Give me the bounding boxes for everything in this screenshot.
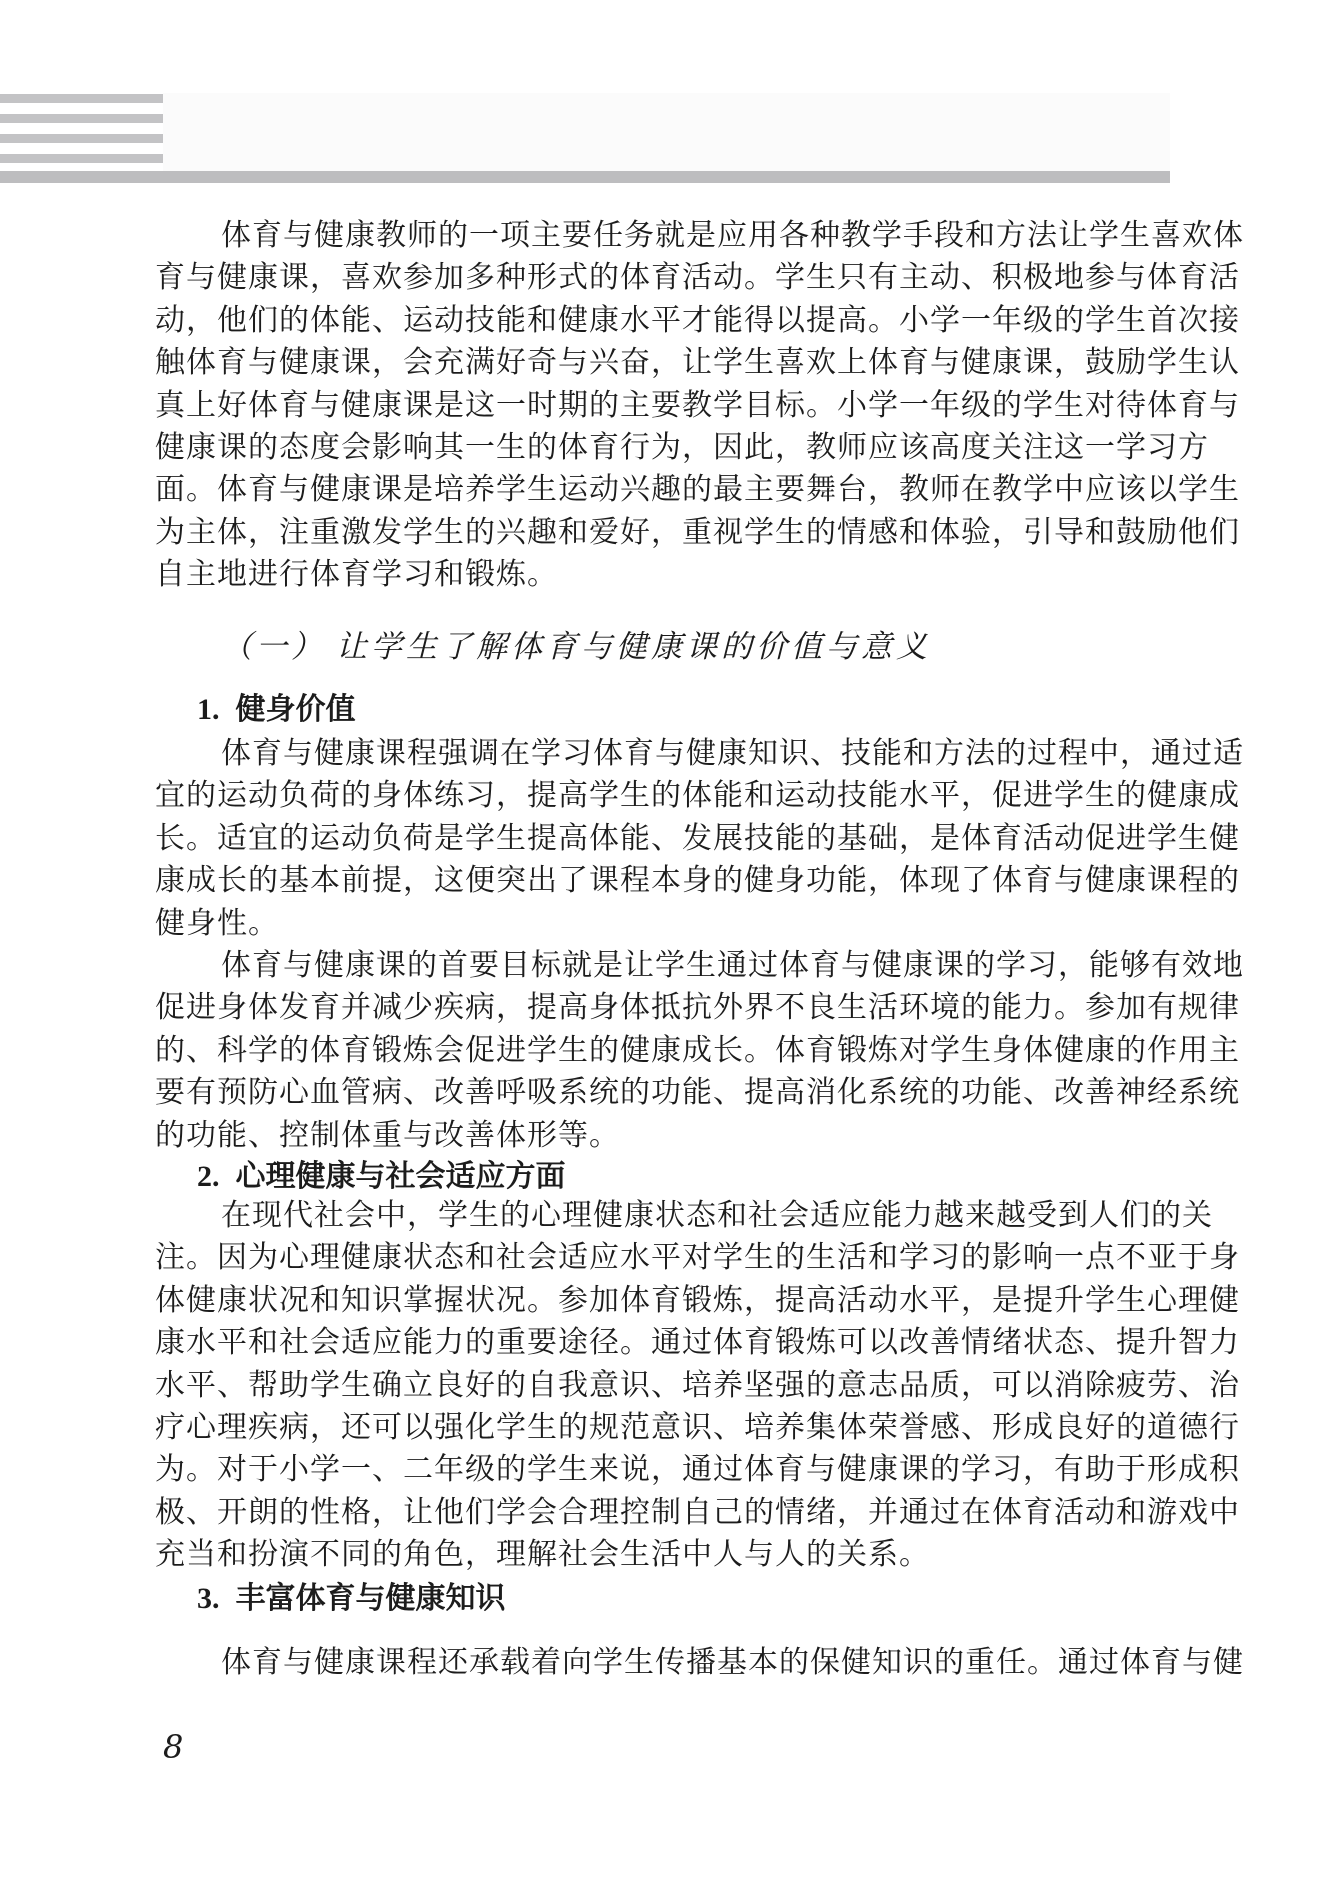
header-deco-band [0,171,1170,183]
paragraph-line: 疗心理疾病，还可以强化学生的规范意识、培养集体荣誉感、形成良好的道德行 [155,1407,1185,1449]
paragraph-line: 体育与健康课的首要目标就是让学生通过体育与健康课的学习，能够有效地 [155,945,1185,987]
paragraph-line: 的、科学的体育锻炼会促进学生的健康成长。体育锻炼对学生身体健康的作用主 [155,1030,1185,1072]
paragraph-line: 体育与健康课程强调在学习体育与健康知识、技能和方法的过程中，通过适 [155,733,1185,775]
paragraph-line: 宜的运动负荷的身体练习，提高学生的体能和运动技能水平，促进学生的健康成 [155,775,1185,817]
subheading-1-title: 健身价值 [236,693,356,726]
sub3-paragraph: 体育与健康课程还承载着向学生传播基本的保健知识的重任。通过体育与健 [155,1642,1185,1684]
paragraph-line: 为。对于小学一、二年级的学生来说，通过体育与健康课的学习，有助于形成积 [155,1449,1185,1491]
section-heading: （一）让学生了解体育与健康课的价值与意义 [155,624,1185,670]
subheading-3-number: 3. [197,1582,220,1615]
subheading-3-title: 丰富体育与健康知识 [236,1582,506,1615]
header-deco-bar-2 [0,114,163,123]
paragraph-line: 要有预防心血管病、改善呼吸系统的功能、提高消化系统的功能、改善神经系统 [155,1072,1185,1114]
paragraph-line: 长。适宜的运动负荷是学生提高体能、发展技能的基础，是体育活动促进学生健 [155,818,1185,860]
paragraph-line: 水平、帮助学生确立良好的自我意识、培养坚强的意志品质，可以消除疲劳、治 [155,1365,1185,1407]
header-deco-bar-4 [0,154,163,163]
subheading-3: 3.丰富体育与健康知识 [155,1578,1185,1620]
subheading-2-number: 2. [197,1160,220,1193]
paragraph-line: 注。因为心理健康状态和社会适应水平对学生的生活和学习的影响一点不亚于身 [155,1237,1185,1279]
intro-line: 为主体，注重激发学生的兴趣和爱好，重视学生的情感和体验，引导和鼓励他们 [155,512,1185,554]
paragraph-line: 健身性。 [155,903,1185,945]
paragraph-line: 的功能、控制体重与改善体形等。 [155,1115,1185,1157]
intro-line: 体育与健康教师的一项主要任务就是应用各种教学手段和方法让学生喜欢体 [155,215,1185,257]
paragraph-line: 极、开朗的性格，让他们学会合理控制自己的情绪，并通过在体育活动和游戏中 [155,1492,1185,1534]
subheading-2-title: 心理健康与社会适应方面 [236,1160,566,1193]
intro-line: 面。体育与健康课是培养学生运动兴趣的最主要舞台，教师在教学中应该以学生 [155,469,1185,511]
document-page: 体育与健康教师的一项主要任务就是应用各种教学手段和方法让学生喜欢体 育与健康课，… [0,0,1331,1884]
header-panel-tint [163,93,1170,171]
section-heading-title: 让学生了解体育与健康课的价值与意义 [336,629,931,664]
header-deco-bar-3 [0,134,163,143]
intro-line: 动，他们的体能、运动技能和健康水平才能得以提高。小学一年级的学生首次接 [155,300,1185,342]
paragraph-line: 促进身体发育并减少疾病，提高身体抵抗外界不良生活环境的能力。参加有规律 [155,987,1185,1029]
page-number: 8 [163,1728,183,1766]
section-heading-number: （一） [221,629,326,664]
subheading-1: 1.健身价值 [155,689,1185,731]
intro-line: 真上好体育与健康课是这一时期的主要教学目标。小学一年级的学生对待体育与 [155,385,1185,427]
paragraph-line: 体健康状况和知识掌握状况。参加体育锻炼，提高活动水平，是提升学生心理健 [155,1280,1185,1322]
paragraph-line: 体育与健康课程还承载着向学生传播基本的保健知识的重任。通过体育与健 [155,1642,1185,1684]
sub1-paragraph-a: 体育与健康课程强调在学习体育与健康知识、技能和方法的过程中，通过适 宜的运动负荷… [155,733,1185,945]
paragraph-line: 在现代社会中，学生的心理健康状态和社会适应能力越来越受到人们的关 [155,1195,1185,1237]
sub1-paragraph-b: 体育与健康课的首要目标就是让学生通过体育与健康课的学习，能够有效地 促进身体发育… [155,945,1185,1157]
paragraph-line: 康成长的基本前提，这便突出了课程本身的健身功能，体现了体育与健康课程的 [155,860,1185,902]
intro-paragraph: 体育与健康教师的一项主要任务就是应用各种教学手段和方法让学生喜欢体 育与健康课，… [155,215,1185,597]
intro-line: 触体育与健康课，会充满好奇与兴奋，让学生喜欢上体育与健康课，鼓励学生认 [155,342,1185,384]
intro-line: 自主地进行体育学习和锻炼。 [155,554,1185,596]
subheading-1-number: 1. [197,693,220,726]
subheading-2: 2.心理健康与社会适应方面 [155,1156,1185,1198]
intro-line: 健康课的态度会影响其一生的体育行为，因此，教师应该高度关注这一学习方 [155,427,1185,469]
paragraph-line: 充当和扮演不同的角色，理解社会生活中人与人的关系。 [155,1534,1185,1576]
header-deco-bar-1 [0,94,163,103]
paragraph-line: 康水平和社会适应能力的重要途径。通过体育锻炼可以改善情绪状态、提升智力 [155,1322,1185,1364]
intro-line: 育与健康课，喜欢参加多种形式的体育活动。学生只有主动、积极地参与体育活 [155,257,1185,299]
sub2-paragraph: 在现代社会中，学生的心理健康状态和社会适应能力越来越受到人们的关 注。因为心理健… [155,1195,1185,1577]
